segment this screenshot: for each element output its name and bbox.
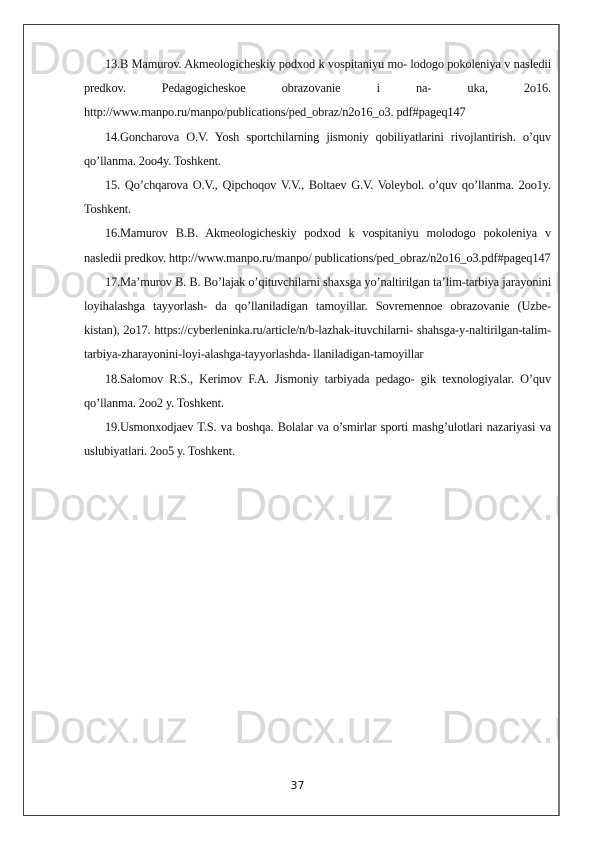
reference-item-15: 15. Qo’chqarova O.V., Qipchoqov V.V., Bo… bbox=[84, 173, 551, 221]
reference-item-14: 14.Goncharova O.V. Yosh sportchilarning … bbox=[84, 125, 551, 173]
watermark: Docx.uz bbox=[28, 704, 187, 750]
reference-item-13: 13.B Mamurov. Akmeologicheskiy podxod k … bbox=[84, 52, 551, 125]
watermark: Docx.uz bbox=[234, 481, 393, 527]
watermark: Docx.uz bbox=[234, 704, 393, 750]
page-number: 37 bbox=[0, 779, 595, 792]
watermark: Docx.uz bbox=[441, 704, 560, 750]
reference-list: 13.B Mamurov. Akmeologicheskiy podxod k … bbox=[84, 52, 551, 463]
reference-item-16: 16.Mamurov B.B. Akmeologicheskiy podxod … bbox=[84, 221, 551, 269]
reference-item-17: 17.Ma’murov B. B. Bo’lajak o’qituvchilar… bbox=[84, 270, 551, 367]
reference-item-18: 18.Salomov R.S., Kerimov F.A. Jismoniy t… bbox=[84, 367, 551, 415]
watermark: Docx.uz bbox=[441, 481, 560, 527]
watermark: Docx.uz bbox=[28, 481, 187, 527]
reference-item-19: 19.Usmonxodjaev T.S. va boshqa. Bolalar … bbox=[84, 415, 551, 463]
